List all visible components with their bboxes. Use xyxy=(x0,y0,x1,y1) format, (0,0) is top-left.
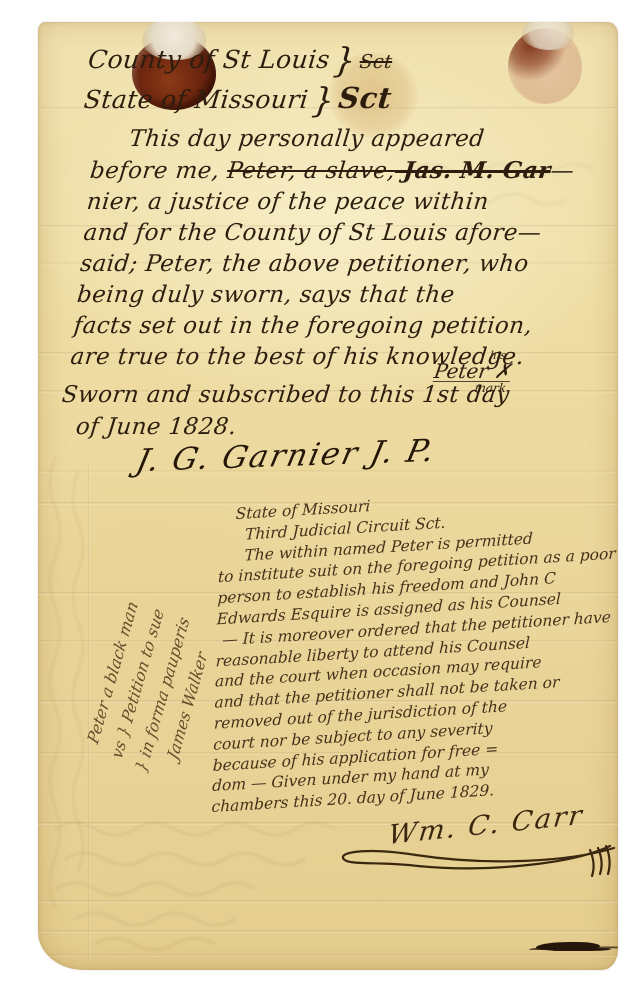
heading-bracket: } xyxy=(328,41,362,81)
affidavit-line: This day personally appeared xyxy=(92,124,618,155)
struck-text-justice-name: Jas. M. Gar xyxy=(394,157,553,184)
affidavit-phrase: before me, xyxy=(89,158,229,184)
heading-county: County of St Louis xyxy=(87,45,332,74)
affidavit-line: nier, a justice of the peace within xyxy=(85,187,618,218)
ink-smudge xyxy=(536,942,600,951)
jurat-line-1: Sworn and subscribed to this 1st day xyxy=(61,382,511,408)
signature-flourish xyxy=(338,840,618,880)
document-page: County of St Louis}Sct State of Missouri… xyxy=(38,22,618,970)
affidavit-text: This day personally appeared before me, … xyxy=(69,124,618,373)
court-order-text: State of Missouri Third Judicial Circuit… xyxy=(211,481,617,818)
x-mark-glyph: ✗ xyxy=(493,359,513,383)
mark-name-and-x: Peter ✗ xyxy=(433,361,513,382)
struck-text-peter-a-slave: Peter, a slave, xyxy=(226,158,397,184)
heading-state: State of Missouri xyxy=(82,85,309,114)
affidavit-line: facts set out in the foregoing petition, xyxy=(72,311,615,342)
affidavit-line: are true to the best of his knowledge. xyxy=(69,342,612,373)
affidavit-phrase: — xyxy=(549,158,575,184)
affidavit-line: said; Peter, the above petitioner, who xyxy=(79,249,618,280)
fold-crease xyxy=(38,954,618,957)
heading-abbr-struck: Sct xyxy=(358,51,393,73)
affidavit-line: and for the County of St Louis afore— xyxy=(82,218,618,249)
document-heading: County of St Louis}Sct State of Missouri… xyxy=(82,42,398,119)
heading-abbr: Sct xyxy=(337,81,394,115)
affidavit-line: before me, Peter, a slave, Jas. M. Gar— xyxy=(88,155,618,187)
jurat-line-2: of June 1828. xyxy=(75,414,238,440)
scan-background: County of St Louis}Sct State of Missouri… xyxy=(0,0,640,1002)
wax-seal-right-frost xyxy=(522,22,574,50)
affidavit-line: being duly sworn, says that the xyxy=(75,280,618,311)
heading-bracket: } xyxy=(306,81,340,121)
ink-show-through xyxy=(40,452,98,912)
mark-name: Peter xyxy=(433,359,490,383)
